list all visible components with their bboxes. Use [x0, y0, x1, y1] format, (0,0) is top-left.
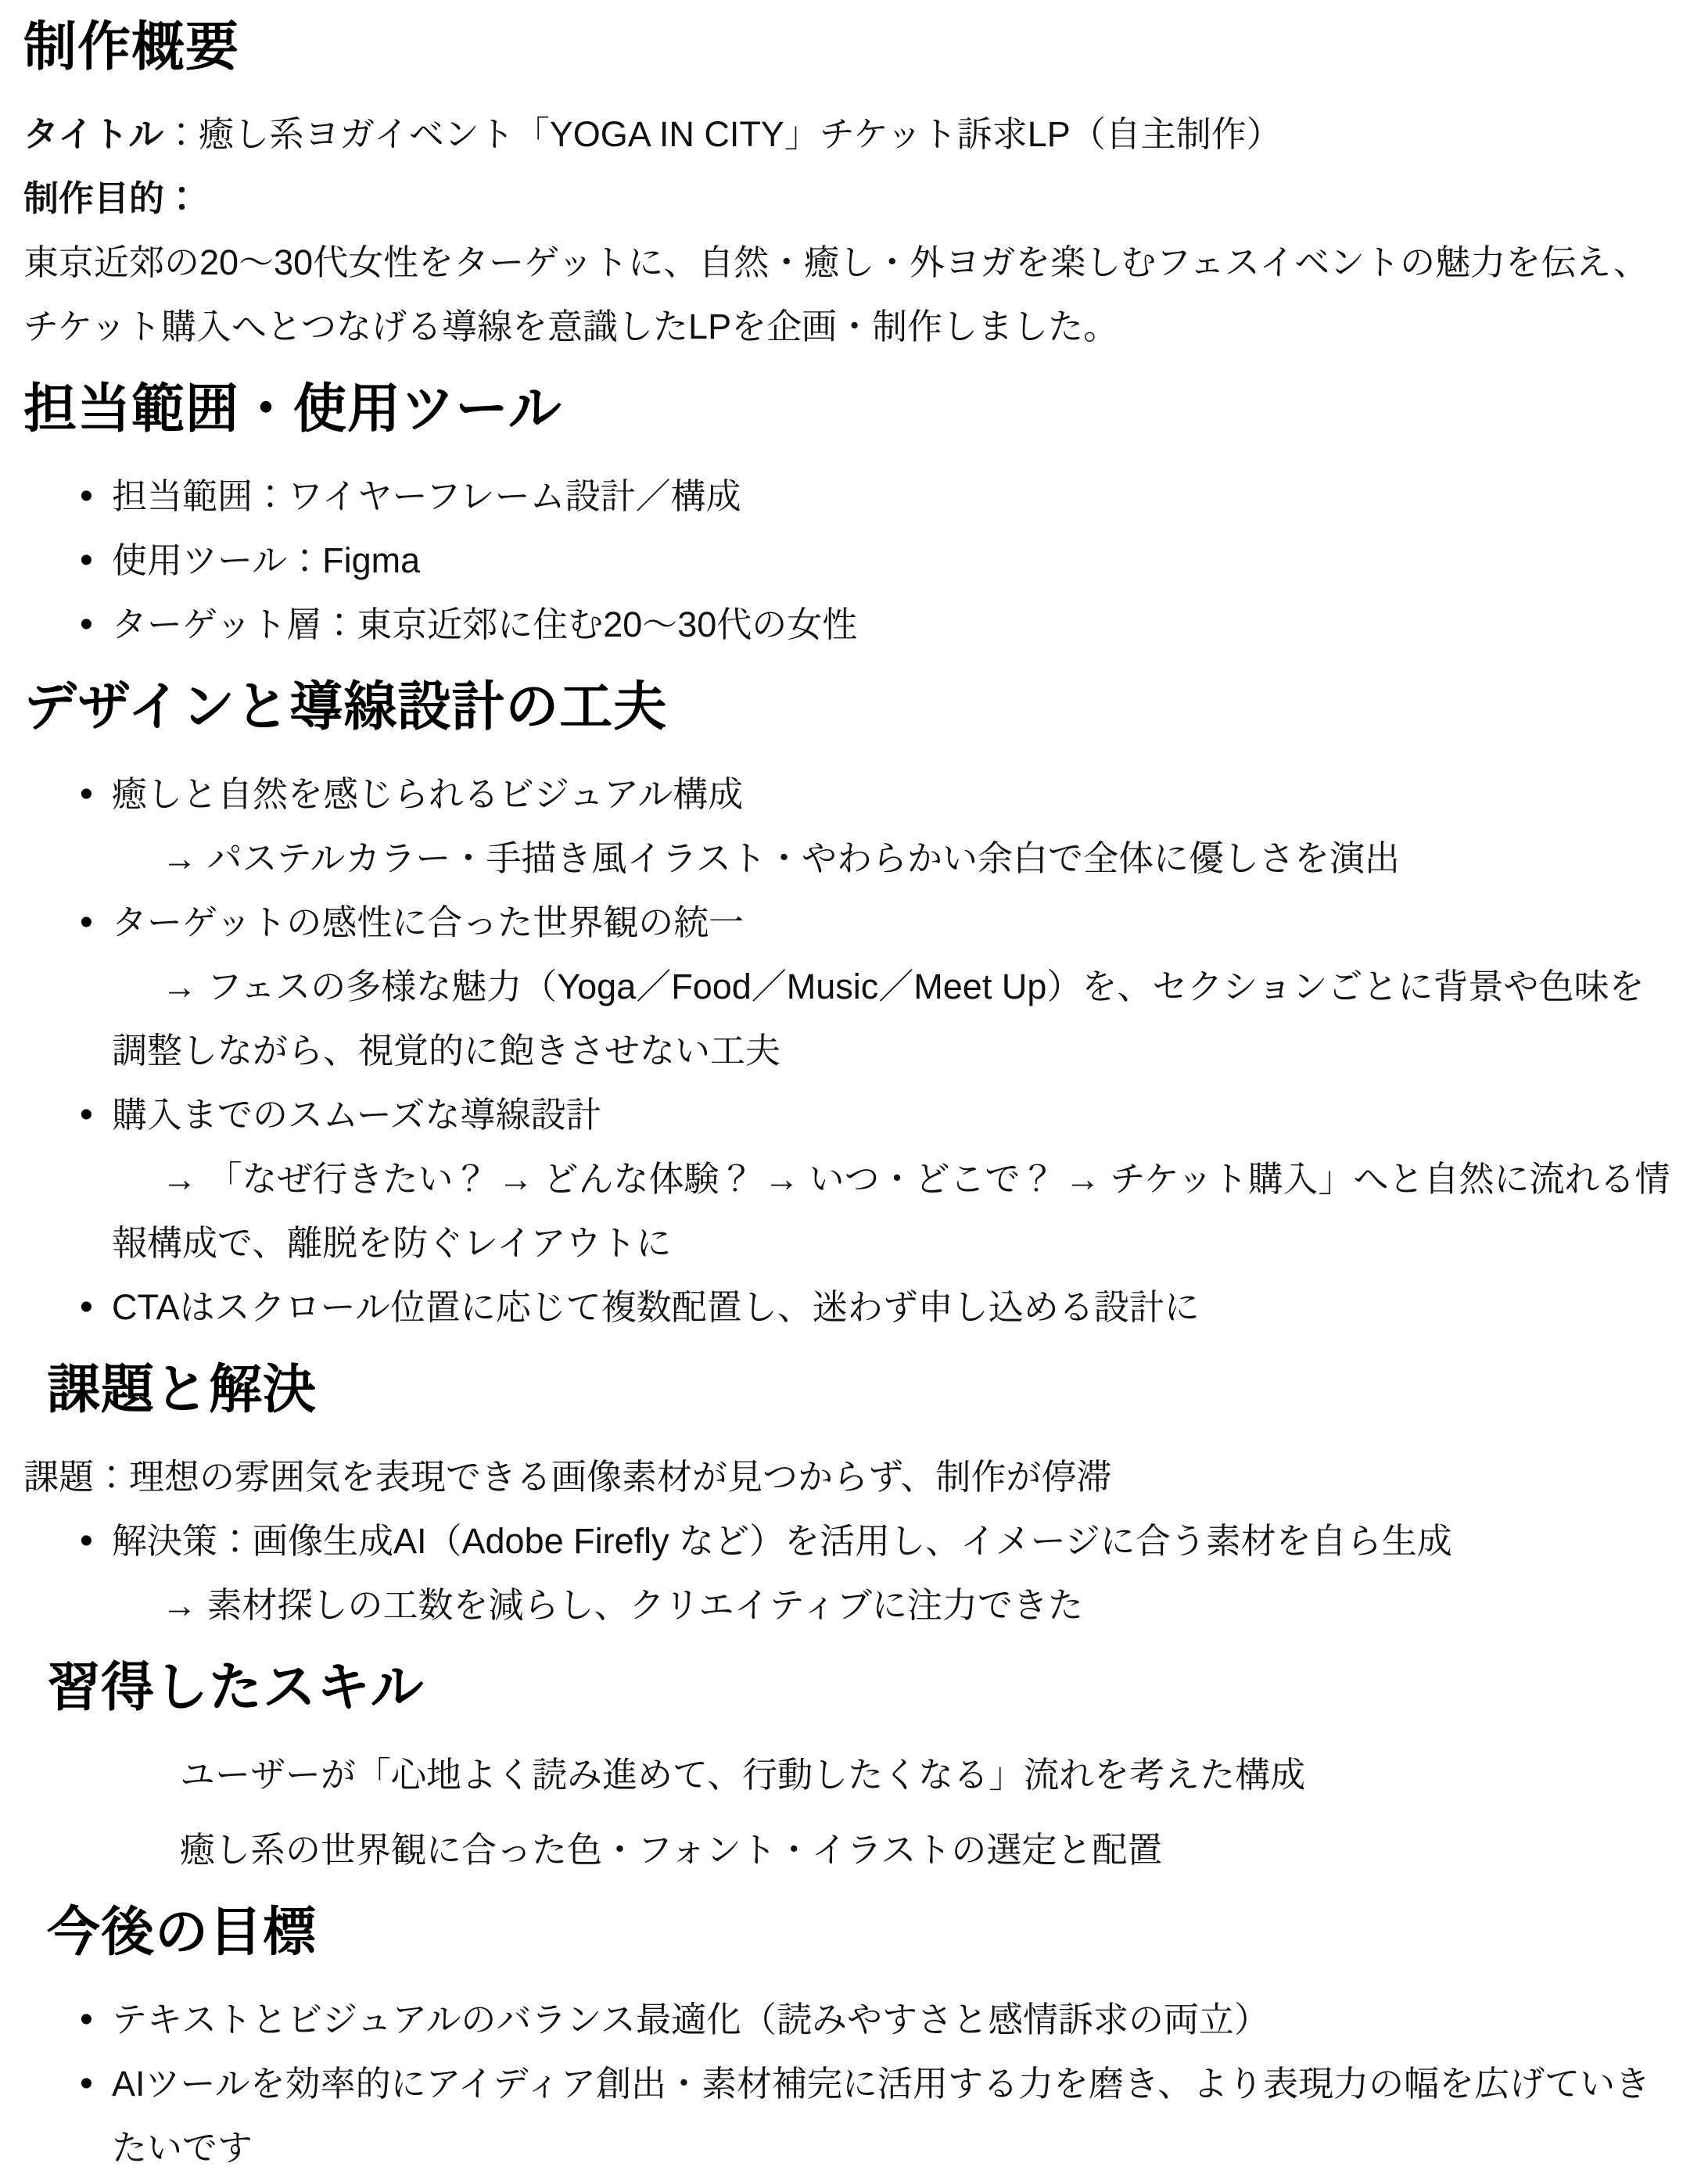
list-item: ターゲット層：東京近郊に住む20〜30代の女性	[23, 593, 1674, 657]
list-item: 購入までのスムーズな導線設計 → 「なぜ行きたい？ → どんな体験？ → いつ・…	[23, 1083, 1674, 1275]
list-item-text: 使用ツール：Figma	[112, 540, 420, 580]
list-item-text: 購入までのスムーズな導線設計	[112, 1083, 1674, 1147]
list-item-text: ターゲットの感性に合った世界観の統一	[112, 891, 1674, 955]
section-heading-scope: 担当範囲・使用ツール	[23, 376, 1674, 443]
arrow-note: → フェスの多様な魅力（Yoga／Food／Music／Meet Up）を、セク…	[112, 955, 1674, 1083]
list-item-text: テキストとビジュアルのバランス最適化（読みやすさと感情訴求の両立）	[112, 2000, 1269, 2039]
overview-purpose-text: 東京近郊の20〜30代女性をターゲットに、自然・癒し・外ヨガを楽しむフェスイベン…	[23, 231, 1674, 359]
overview-title-line: タイトル：癒し系ヨガイベント「YOGA IN CITY」チケット訴求LP（自主制…	[23, 102, 1674, 167]
list-item: CTAはスクロール位置に応じて複数配置し、迷わず申し込める設計に	[23, 1275, 1674, 1340]
challenge-list: 解決策：画像生成AI（Adobe Firefly など）を活用し、イメージに合う…	[23, 1509, 1674, 1638]
challenge-problem-text: 課題：理想の雰囲気を表現できる画像素材が見つからず、制作が停滞	[23, 1445, 1674, 1509]
overview-title-text: ：癒し系ヨガイベント「YOGA IN CITY」チケット訴求LP（自主制作）	[163, 114, 1282, 154]
skills-line: 癒し系の世界観に合った色・フォント・イラストの選定と配置	[23, 1818, 1674, 1882]
list-item-text: ターゲット層：東京近郊に住む20〜30代の女性	[112, 604, 857, 644]
list-item-text: 解決策：画像生成AI（Adobe Firefly など）を活用し、イメージに合う…	[112, 1509, 1674, 1573]
section-heading-design: デザインと導線設計の工夫	[23, 674, 1674, 741]
section-heading-challenge: 課題と解決	[23, 1357, 1674, 1423]
scope-list: 担当範囲：ワイヤーフレーム設計／構成 使用ツール：Figma ターゲット層：東京…	[23, 465, 1674, 657]
overview-purpose-label: 制作目的：	[23, 167, 1674, 231]
list-item-text: CTAはスクロール位置に応じて複数配置し、迷わず申し込める設計に	[112, 1275, 1674, 1340]
list-item-text: 癒しと自然を感じられるビジュアル構成	[112, 762, 1674, 827]
section-heading-goals: 今後の目標	[23, 1899, 1674, 1966]
list-item-text: 担当範囲：ワイヤーフレーム設計／構成	[112, 476, 741, 516]
document-page: 制作概要 タイトル：癒し系ヨガイベント「YOGA IN CITY」チケット訴求L…	[0, 0, 1708, 2181]
list-item: テキストとビジュアルのバランス最適化（読みやすさと感情訴求の両立）	[23, 1988, 1674, 2052]
arrow-note: → パステルカラー・手描き風イラスト・やわらかい余白で全体に優しさを演出	[112, 827, 1674, 891]
section-heading-skills: 習得したスキル	[23, 1655, 1674, 1721]
list-item: 使用ツール：Figma	[23, 529, 1674, 593]
skills-line: ユーザーが「心地よく読み進めて、行動したくなる」流れを考えた構成	[23, 1743, 1674, 1807]
design-list: 癒しと自然を感じられるビジュアル構成 → パステルカラー・手描き風イラスト・やわ…	[23, 762, 1674, 1340]
goals-list: テキストとビジュアルのバランス最適化（読みやすさと感情訴求の両立） AIツールを…	[23, 1988, 1674, 2180]
list-item: AIツールを効率的にアイディア創出・素材補完に活用する力を磨き、より表現力の幅を…	[23, 2052, 1674, 2180]
list-item-text: AIツールを効率的にアイディア創出・素材補完に活用する力を磨き、より表現力の幅を…	[112, 2064, 1650, 2168]
overview-title-label: タイトル	[23, 114, 163, 154]
section-heading-overview: 制作概要	[23, 14, 1674, 81]
list-item: 解決策：画像生成AI（Adobe Firefly など）を活用し、イメージに合う…	[23, 1509, 1674, 1638]
list-item: 担当範囲：ワイヤーフレーム設計／構成	[23, 465, 1674, 529]
arrow-note: → 素材探しの工数を減らし、クリエイティブに注力できた	[112, 1573, 1674, 1638]
list-item: 癒しと自然を感じられるビジュアル構成 → パステルカラー・手描き風イラスト・やわ…	[23, 762, 1674, 891]
list-item: ターゲットの感性に合った世界観の統一 → フェスの多様な魅力（Yoga／Food…	[23, 891, 1674, 1083]
arrow-note: → 「なぜ行きたい？ → どんな体験？ → いつ・どこで？ → チケット購入」へ…	[112, 1147, 1674, 1275]
